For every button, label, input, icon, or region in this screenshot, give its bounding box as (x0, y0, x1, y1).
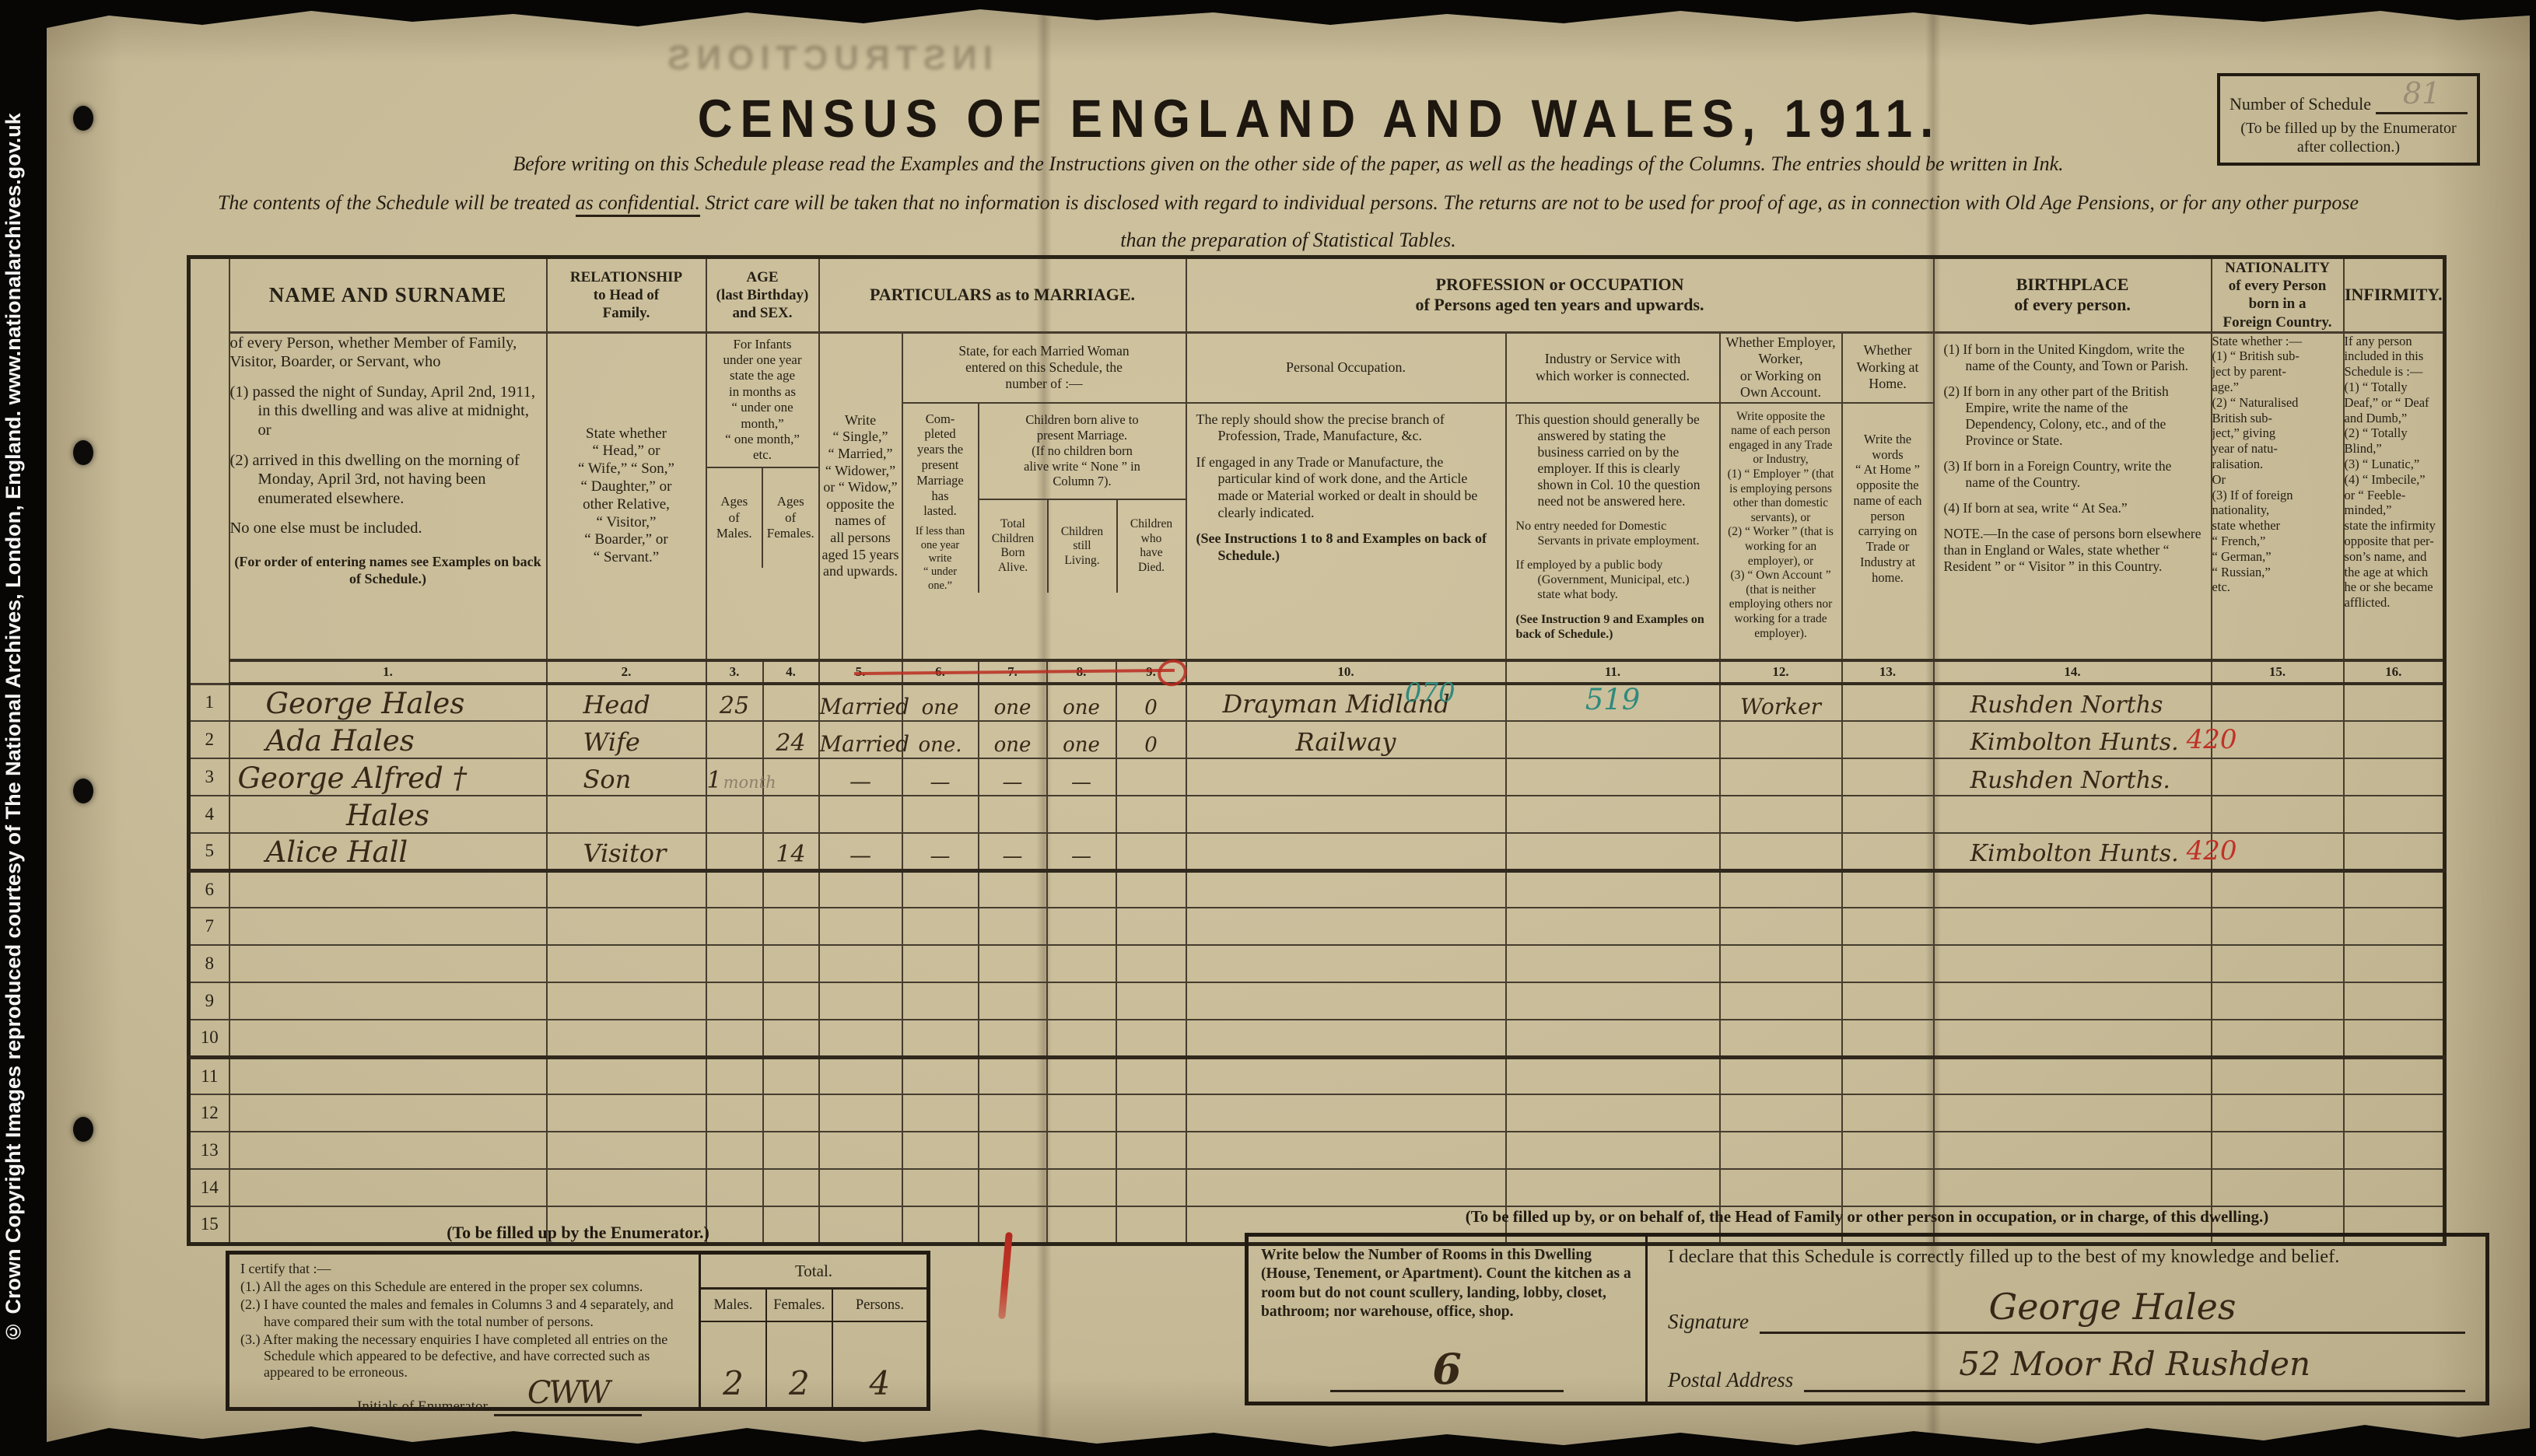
cell-marital (819, 982, 902, 1020)
colnum-12: 12. (1720, 660, 1842, 684)
cell-age-female (763, 796, 819, 833)
cell-marriage-years (902, 982, 979, 1020)
cell-children-died (1116, 758, 1186, 796)
occupation-body: The reply should show the precise branch… (1187, 404, 1505, 582)
industry-p3: If employed by a public body (Government… (1516, 558, 1710, 603)
table-row-1: 1 George Hales Head 25 Married one one o… (189, 684, 2445, 721)
cell-name: Hales (229, 796, 547, 833)
marriage-years-main: Com- pleted years the present Marriage h… (903, 411, 978, 520)
occupation-p1: The reply should show the precise branch… (1196, 411, 1496, 445)
cell-infirmity (2344, 870, 2445, 908)
table-row-8: 8 (189, 945, 2445, 982)
cell-children-living (1047, 1132, 1116, 1169)
cell-occupation (1186, 1094, 1506, 1132)
totals-females-column: Females. 2 (765, 1290, 832, 1407)
cell-infirmity (2344, 908, 2445, 945)
entry-children-born: one (994, 696, 1032, 719)
cell-children-died: 0 (1116, 721, 1186, 758)
table-row-11: 11 (189, 1057, 2445, 1094)
cell-nationality (2212, 1020, 2344, 1057)
subheader-ages-females: Ages of Females. (762, 468, 818, 568)
colnum-13: 13. (1842, 660, 1934, 684)
copyright-watermark: © Crown Copyright Images reproduced cour… (2, 0, 45, 1456)
cell-industry (1506, 721, 1720, 758)
entry-occupation-code-green: 070 (1405, 677, 1455, 709)
cell-age-female (763, 684, 819, 721)
instructions-infirmity: If any person included in this Schedule … (2344, 332, 2445, 660)
entry-relationship: Son (583, 765, 632, 794)
cell-name: Alice Hall (229, 833, 547, 870)
entry-relationship: Head (583, 690, 650, 719)
cell-at-home (1842, 684, 1934, 721)
instructions-age: For Infants under one year state the age… (706, 332, 819, 660)
cell-children-born: — (979, 758, 1047, 796)
cell-occupation (1186, 870, 1506, 908)
cell-age-female (763, 1169, 819, 1206)
instructions-name-p1: of every Person, whether Member of Famil… (230, 334, 546, 372)
cell-children-died (1116, 1169, 1186, 1206)
totals-males-label: Males. (701, 1290, 765, 1322)
cell-age-male (706, 721, 763, 758)
cell-birthplace (1934, 796, 2212, 833)
totals-columns: Males. 2 Females. 2 Persons. 4 (701, 1290, 926, 1407)
instruction-line-2-pre: The contents of the Schedule will be tre… (218, 191, 576, 214)
householder-section: (To be filled up by, or on behalf of, th… (1245, 1207, 2489, 1405)
subheader-personal-occupation: Personal Occupation. (1187, 334, 1505, 404)
cell-occupation (1186, 908, 1506, 945)
cell-children-died (1116, 1020, 1186, 1057)
subheader-children-born: Total Children Born Alive. (979, 500, 1047, 593)
cell-relationship: Head (547, 684, 706, 721)
cell-marriage-years: — (902, 758, 979, 796)
cell-employer (1720, 945, 1842, 982)
cell-birthplace: Kimbolton Hunts.420 (1934, 721, 2212, 758)
entry-age-male: 1 (707, 767, 722, 794)
cell-age-male (706, 796, 763, 833)
punch-hole (73, 440, 93, 465)
cell-infirmity (2344, 684, 2445, 721)
entry-age-female: 24 (776, 730, 805, 757)
certify-item-2: (2.) I have counted the males and female… (240, 1297, 689, 1329)
cell-marital (819, 870, 902, 908)
row-number: 5 (189, 833, 229, 870)
signature-value: George Hales (1988, 1286, 2236, 1328)
cell-children-born: one (979, 721, 1047, 758)
cell-children-died (1116, 982, 1186, 1020)
cell-birthplace (1934, 945, 2212, 982)
instructions-marital-status: Write “ Single,” “ Married,” “ Widower,”… (819, 332, 902, 660)
table-row-5: 5 Alice Hall Visitor 14 — — — — Kimbolto… (189, 833, 2445, 870)
census-schedule-paper: INSTRUCTIONS CENSUS OF ENGLAND AND WALES… (47, 5, 2530, 1450)
entry-marital: Married (820, 731, 910, 757)
cell-marriage-years (902, 945, 979, 982)
cell-marriage-years: — (902, 833, 979, 870)
census-table: NAME AND SURNAME RELATIONSHIP to Head of… (187, 255, 2447, 1246)
cell-occupation: Drayman Midland070 (1186, 684, 1506, 721)
entry-children-living: one (1063, 733, 1100, 757)
cell-industry (1506, 908, 1720, 945)
row-number: 13 (189, 1132, 229, 1169)
cell-nationality (2212, 982, 2344, 1020)
cell-at-home (1842, 908, 1934, 945)
entry-relationship: Wife (583, 727, 640, 757)
table-row-7: 7 (189, 908, 2445, 945)
cell-children-living (1047, 870, 1116, 908)
punch-hole (73, 1117, 93, 1142)
age-subcolumns: Ages of Males. Ages of Females. (707, 467, 818, 568)
cell-marital (819, 1169, 902, 1206)
cell-age-female (763, 870, 819, 908)
colnum-2: 2. (547, 660, 706, 684)
cell-age-male (706, 1132, 763, 1169)
cell-occupation: Railway (1186, 721, 1506, 758)
cell-infirmity (2344, 1020, 2445, 1057)
entry-children-born: — (1003, 771, 1023, 794)
row-number: 8 (189, 945, 229, 982)
header-profession: PROFESSION or OCCUPATION of Persons aged… (1186, 257, 1934, 333)
cell-age-male (706, 945, 763, 982)
cell-age-male (706, 908, 763, 945)
cell-infirmity (2344, 1169, 2445, 1206)
header-infirmity: INFIRMITY. (2344, 257, 2445, 333)
cell-infirmity (2344, 1094, 2445, 1132)
subheader-employer: Whether Employer, Worker, or Working on … (1721, 334, 1841, 404)
cell-birthplace (1934, 1094, 2212, 1132)
cell-nationality (2212, 796, 2344, 833)
cell-relationship (547, 982, 706, 1020)
industry-p4: (See Instruction 9 and Examples on back … (1516, 612, 1710, 642)
cell-occupation (1186, 1020, 1506, 1057)
colnum-11: 11. (1506, 660, 1720, 684)
cell-children-born: one (979, 684, 1047, 721)
cell-marital (819, 1094, 902, 1132)
cell-marriage-years: one (902, 684, 979, 721)
entry-birthplace-code-red: 420 (2187, 835, 2237, 866)
cell-marriage-years (902, 1020, 979, 1057)
row-number: 4 (189, 796, 229, 833)
entry-children-living: — (1071, 771, 1091, 794)
entry-age-male: 25 (720, 692, 749, 719)
entry-relationship: Visitor (583, 838, 667, 868)
totals-persons-label: Persons. (833, 1290, 926, 1322)
certify-item-3: (3.) After making the necessary enquirie… (240, 1332, 689, 1381)
cell-age-male (706, 870, 763, 908)
entry-children-born: — (1003, 845, 1023, 868)
entry-children-died: 0 (1144, 696, 1158, 719)
table-row-14: 14 (189, 1169, 2445, 1206)
cell-industry (1506, 1132, 1720, 1169)
cell-name (229, 982, 547, 1020)
age-subgrid: For Infants under one year state the age… (707, 334, 818, 568)
children-subgrid: Children born alive to present Marriage.… (979, 404, 1186, 593)
entry-marital: Married (820, 694, 910, 719)
postal-address-label: Postal Address (1668, 1368, 1793, 1392)
row-number: 7 (189, 908, 229, 945)
totals-females-value-wrap: 2 (767, 1322, 832, 1407)
cell-children-born (979, 1094, 1047, 1132)
cell-at-home (1842, 1094, 1934, 1132)
cell-age-female (763, 945, 819, 982)
entry-occupation: Railway (1296, 727, 1396, 757)
cell-children-born (979, 908, 1047, 945)
cell-age-male: 25 (706, 684, 763, 721)
cell-marriage-years (902, 1169, 979, 1206)
cell-occupation (1186, 982, 1506, 1020)
instruction-line-2: The contents of the Schedule will be tre… (140, 191, 2436, 215)
cell-nationality (2212, 945, 2344, 982)
instructions-name-p5: (For order of entering names see Example… (230, 554, 546, 587)
table-row-6: 6 (189, 870, 2445, 908)
cell-infirmity (2344, 758, 2445, 796)
rooms-box: Write below the Number of Rooms in this … (1249, 1237, 1648, 1402)
cell-industry (1506, 1057, 1720, 1094)
cell-name (229, 908, 547, 945)
cell-name (229, 1057, 547, 1094)
cell-occupation (1186, 1132, 1506, 1169)
subheader-at-home: Whether Working at Home. (1843, 334, 1933, 404)
cell-relationship (547, 1020, 706, 1057)
cell-industry (1506, 945, 1720, 982)
cell-infirmity (2344, 1132, 2445, 1169)
entry-marriage-years: one (922, 696, 959, 719)
cell-children-living: — (1047, 833, 1116, 870)
postal-address-value: 52 Moor Rd Rushden (1959, 1345, 2310, 1383)
subheader-children-group: Children born alive to present Marriage.… (979, 404, 1186, 500)
entry-name: Ada Hales (266, 724, 415, 758)
header-group-row: NAME AND SURNAME RELATIONSHIP to Head of… (189, 257, 2445, 333)
row-number-column-header (189, 257, 229, 684)
cell-marriage-years (902, 908, 979, 945)
initials-underline: CWW (494, 1383, 642, 1416)
row-number: 11 (189, 1057, 229, 1094)
cell-age-female: 14 (763, 833, 819, 870)
cell-marital: Married (819, 684, 902, 721)
colnum-4: 4. (763, 660, 819, 684)
cell-children-living (1047, 1206, 1116, 1244)
row-number: 14 (189, 1169, 229, 1206)
colnum-10: 10. (1186, 660, 1506, 684)
cell-name (229, 1094, 547, 1132)
initials-label: Initials of Enumerator (357, 1398, 488, 1416)
cell-nationality (2212, 908, 2344, 945)
cell-children-living (1047, 796, 1116, 833)
cell-infirmity (2344, 721, 2445, 758)
cell-age-female (763, 1057, 819, 1094)
totals-persons-value: 4 (870, 1364, 891, 1402)
header-instructions-row: of every Person, whether Member of Famil… (189, 332, 2445, 660)
colnum-1: 1. (229, 660, 547, 684)
postal-address-row: Postal Address 52 Moor Rd Rushden (1668, 1349, 2465, 1392)
birthplace-n4: (4) If born at sea, write “ At Sea.” (1944, 500, 2201, 516)
cell-relationship (547, 1132, 706, 1169)
cell-children-died (1116, 1206, 1186, 1244)
householder-box: Write below the Number of Rooms in this … (1245, 1233, 2489, 1405)
cell-employer (1720, 870, 1842, 908)
cell-industry (1506, 1020, 1720, 1057)
header-nationality: NATIONALITY of every Person born in a Fo… (2212, 257, 2344, 333)
cell-nationality (2212, 1057, 2344, 1094)
industry-p2: No entry needed for Domestic Servants in… (1516, 519, 1710, 548)
signature-underline: George Hales (1760, 1291, 2465, 1334)
cell-birthplace (1934, 1020, 2212, 1057)
instructions-married-woman: State, for each Married Woman entered on… (903, 334, 1186, 404)
page-title: CENSUS OF ENGLAND AND WALES, 1911. (47, 89, 2530, 149)
cell-name (229, 870, 547, 908)
cell-occupation (1186, 833, 1506, 870)
rooms-value: 6 (1432, 1344, 1462, 1394)
cell-at-home (1842, 1057, 1934, 1094)
entry-marriage-years: one. (918, 733, 962, 757)
cell-relationship: Son (547, 758, 706, 796)
cell-employer (1720, 1057, 1842, 1094)
entry-birthplace: Kimbolton Hunts. (1970, 840, 2179, 867)
totals-box: Total. Males. 2 Females. 2 Persons. 4 (699, 1255, 926, 1407)
cell-employer (1720, 833, 1842, 870)
table-row-3: 3 George Alfred † Son 1month — — — — Rus… (189, 758, 2445, 796)
cell-age-female (763, 1132, 819, 1169)
colnum-3: 3. (706, 660, 763, 684)
at-home-body: Write the words “ At Home ” opposite the… (1843, 404, 1933, 614)
cell-employer (1720, 796, 1842, 833)
entry-marital: — (849, 842, 871, 868)
entry-birthplace: Rushden Norths. (1970, 767, 2170, 794)
cell-occupation (1186, 1169, 1506, 1206)
totals-males-column: Males. 2 (701, 1290, 765, 1407)
cell-relationship (547, 945, 706, 982)
table-row-2: 2 Ada Hales Wife 24 Married one. one one… (189, 721, 2445, 758)
cell-nationality (2212, 1094, 2344, 1132)
cell-relationship (547, 796, 706, 833)
cell-birthplace: Rushden Norths. (1934, 758, 2212, 796)
birthplace-n1: (1) If born in the United Kingdom, write… (1944, 341, 2201, 374)
cell-name (229, 1169, 547, 1206)
cell-infirmity (2344, 945, 2445, 982)
entry-age-pencil-note: month (723, 773, 776, 792)
header-marriage: PARTICULARS as to MARRIAGE. (819, 257, 1186, 333)
cell-marriage-years: one. (902, 721, 979, 758)
entry-children-died: 0 (1144, 733, 1158, 757)
cell-industry (1506, 796, 1720, 833)
row-number: 12 (189, 1094, 229, 1132)
entry-name: George Hales (266, 687, 465, 720)
table-row-4: 4 Hales (189, 796, 2445, 833)
cell-name (229, 945, 547, 982)
cell-employer: Worker (1720, 684, 1842, 721)
cell-children-born (979, 1169, 1047, 1206)
cell-occupation (1186, 1057, 1506, 1094)
cell-infirmity (2344, 982, 2445, 1020)
rooms-instruction: Write below the Number of Rooms in this … (1261, 1246, 1633, 1322)
cell-at-home (1842, 758, 1934, 796)
enumerator-certification: I certify that :— (1.) All the ages on t… (229, 1255, 699, 1407)
cell-at-home (1842, 870, 1934, 908)
cell-age-male (706, 833, 763, 870)
cell-marital (819, 908, 902, 945)
instructions-relationship: State whether “ Head,” or “ Wife,” “ Son… (547, 332, 706, 660)
cell-children-born (979, 870, 1047, 908)
row-number: 15 (189, 1206, 229, 1244)
entry-name: Alice Hall (266, 835, 408, 869)
cell-marriage-years (902, 796, 979, 833)
cell-marriage-years (902, 1132, 979, 1169)
entry-birthplace: Kimbolton Hunts. (1970, 729, 2179, 756)
cell-children-born (979, 1020, 1047, 1057)
instructions-birthplace: (1) If born in the United Kingdom, write… (1934, 332, 2212, 660)
table-row-12: 12 (189, 1094, 2445, 1132)
industry-body: This question should generally be answer… (1507, 404, 1719, 659)
totals-males-value-wrap: 2 (701, 1322, 765, 1407)
cell-age-male (706, 1020, 763, 1057)
cell-at-home (1842, 1169, 1934, 1206)
table-row-10: 10 (189, 1020, 2445, 1057)
schedule-number-underline: 81 (2376, 86, 2468, 114)
marriage-years-note: If less than one year write “ under one.… (903, 525, 978, 593)
colnum-16: 16. (2344, 660, 2445, 684)
header-birthplace: BIRTHPLACE of every person. (1934, 257, 2212, 333)
punch-hole (73, 779, 93, 803)
cell-industry (1506, 870, 1720, 908)
cell-at-home (1842, 945, 1934, 982)
cell-employer (1720, 1169, 1842, 1206)
initials-line: Initials of Enumerator CWW (240, 1383, 689, 1416)
entry-children-born: one (994, 733, 1032, 757)
row-number: 6 (189, 870, 229, 908)
cell-marital: — (819, 758, 902, 796)
cell-children-died (1116, 870, 1186, 908)
instructions-infants: For Infants under one year state the age… (707, 334, 818, 467)
instructions-employer: Whether Employer, Worker, or Working on … (1720, 332, 1842, 660)
cell-children-died (1116, 945, 1186, 982)
cell-marital (819, 945, 902, 982)
cell-at-home (1842, 833, 1934, 870)
entry-name: George Alfred † (238, 761, 468, 795)
cell-children-died (1116, 1094, 1186, 1132)
cell-industry (1506, 1169, 1720, 1206)
instructions-industry: Industry or Service with which worker is… (1506, 332, 1720, 660)
birthplace-note: NOTE.—In the case of persons born elsewh… (1944, 526, 2201, 575)
cell-infirmity (2344, 1057, 2445, 1094)
cell-age-female (763, 1094, 819, 1132)
cell-marital (819, 1132, 902, 1169)
entry-employer: Worker (1740, 694, 1821, 719)
enumerator-section-title: (To be filled up by the Enumerator.) (226, 1223, 930, 1243)
cell-relationship (547, 1094, 706, 1132)
cell-infirmity (2344, 833, 2445, 870)
cell-employer (1720, 1094, 1842, 1132)
row-number: 9 (189, 982, 229, 1020)
header-age: AGE (last Birthday) and SEX. (706, 257, 819, 333)
cell-age-male (706, 1094, 763, 1132)
totals-males-value: 2 (723, 1364, 744, 1402)
ink-bleed-ghost-text: INSTRUCTIONS (661, 39, 993, 78)
cell-employer (1720, 1132, 1842, 1169)
declaration-area: I declare that this Schedule is correctl… (1648, 1237, 2485, 1402)
entry-age-female: 14 (776, 841, 805, 868)
cell-name: Ada Hales (229, 721, 547, 758)
cell-birthplace (1934, 1057, 2212, 1094)
subheader-ages-males: Ages of Males. (707, 468, 762, 568)
initials-value: CWW (527, 1375, 608, 1411)
cell-at-home (1842, 982, 1934, 1020)
cell-children-born: — (979, 833, 1047, 870)
cell-relationship (547, 908, 706, 945)
cell-nationality (2212, 1132, 2344, 1169)
row-number: 2 (189, 721, 229, 758)
cell-birthplace (1934, 908, 2212, 945)
row-number: 3 (189, 758, 229, 796)
cell-at-home (1842, 1132, 1934, 1169)
cell-marriage-years (902, 1094, 979, 1132)
